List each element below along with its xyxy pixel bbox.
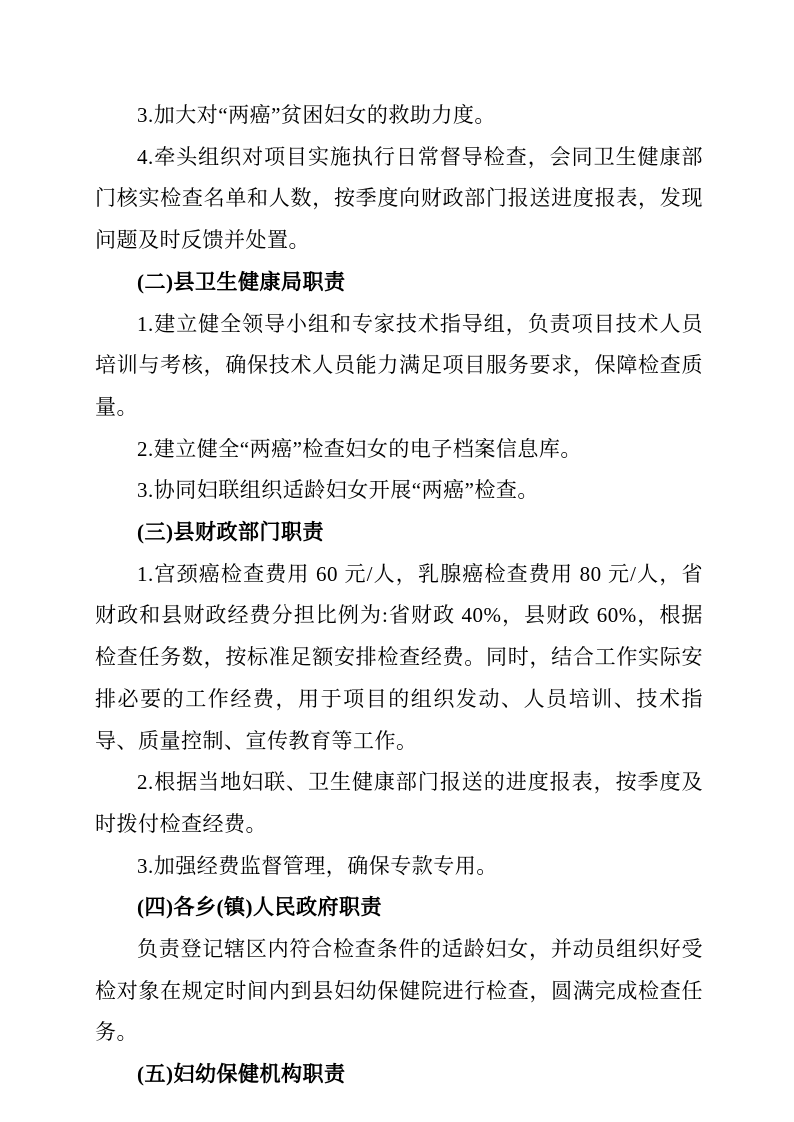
body-paragraph: 2.根据当地妇联、卫生健康部门报送的进度报表，按季度及时拨付检查经费。 bbox=[95, 762, 703, 845]
body-paragraph: 4.牵头组织对项目实施执行日常督导检查，会同卫生健康部门核实检查名单和人数，按季… bbox=[95, 137, 703, 262]
section-heading: (四)各乡(镇)人民政府职责 bbox=[95, 887, 703, 929]
body-paragraph: 负责登记辖区内符合检查条件的适龄妇女，并动员组织好受检对象在规定时间内到县妇幼保… bbox=[95, 929, 703, 1054]
section-heading: (五)妇幼保健机构职责 bbox=[95, 1054, 703, 1096]
body-paragraph: 3.加大对“两癌”贫困妇女的救助力度。 bbox=[95, 95, 703, 137]
body-paragraph: 1.宫颈癌检查费用 60 元/人，乳腺癌检查费用 80 元/人，省财政和县财政经… bbox=[95, 554, 703, 763]
body-paragraph: 3.加强经费监督管理，确保专款专用。 bbox=[95, 846, 703, 888]
section-heading: (二)县卫生健康局职责 bbox=[95, 262, 703, 304]
body-paragraph: 2.建立健全“两癌”检查妇女的电子档案信息库。 bbox=[95, 429, 703, 471]
document-page: 3.加大对“两癌”贫困妇女的救助力度。4.牵头组织对项目实施执行日常督导检查，会… bbox=[0, 0, 794, 1122]
body-paragraph: 3.协同妇联组织适龄妇女开展“两癌”检查。 bbox=[95, 470, 703, 512]
body-paragraph: 1.建立健全领导小组和专家技术指导组，负责项目技术人员培训与考核，确保技术人员能… bbox=[95, 304, 703, 429]
document-content: 3.加大对“两癌”贫困妇女的救助力度。4.牵头组织对项目实施执行日常督导检查，会… bbox=[95, 95, 703, 1096]
section-heading: (三)县财政部门职责 bbox=[95, 512, 703, 554]
